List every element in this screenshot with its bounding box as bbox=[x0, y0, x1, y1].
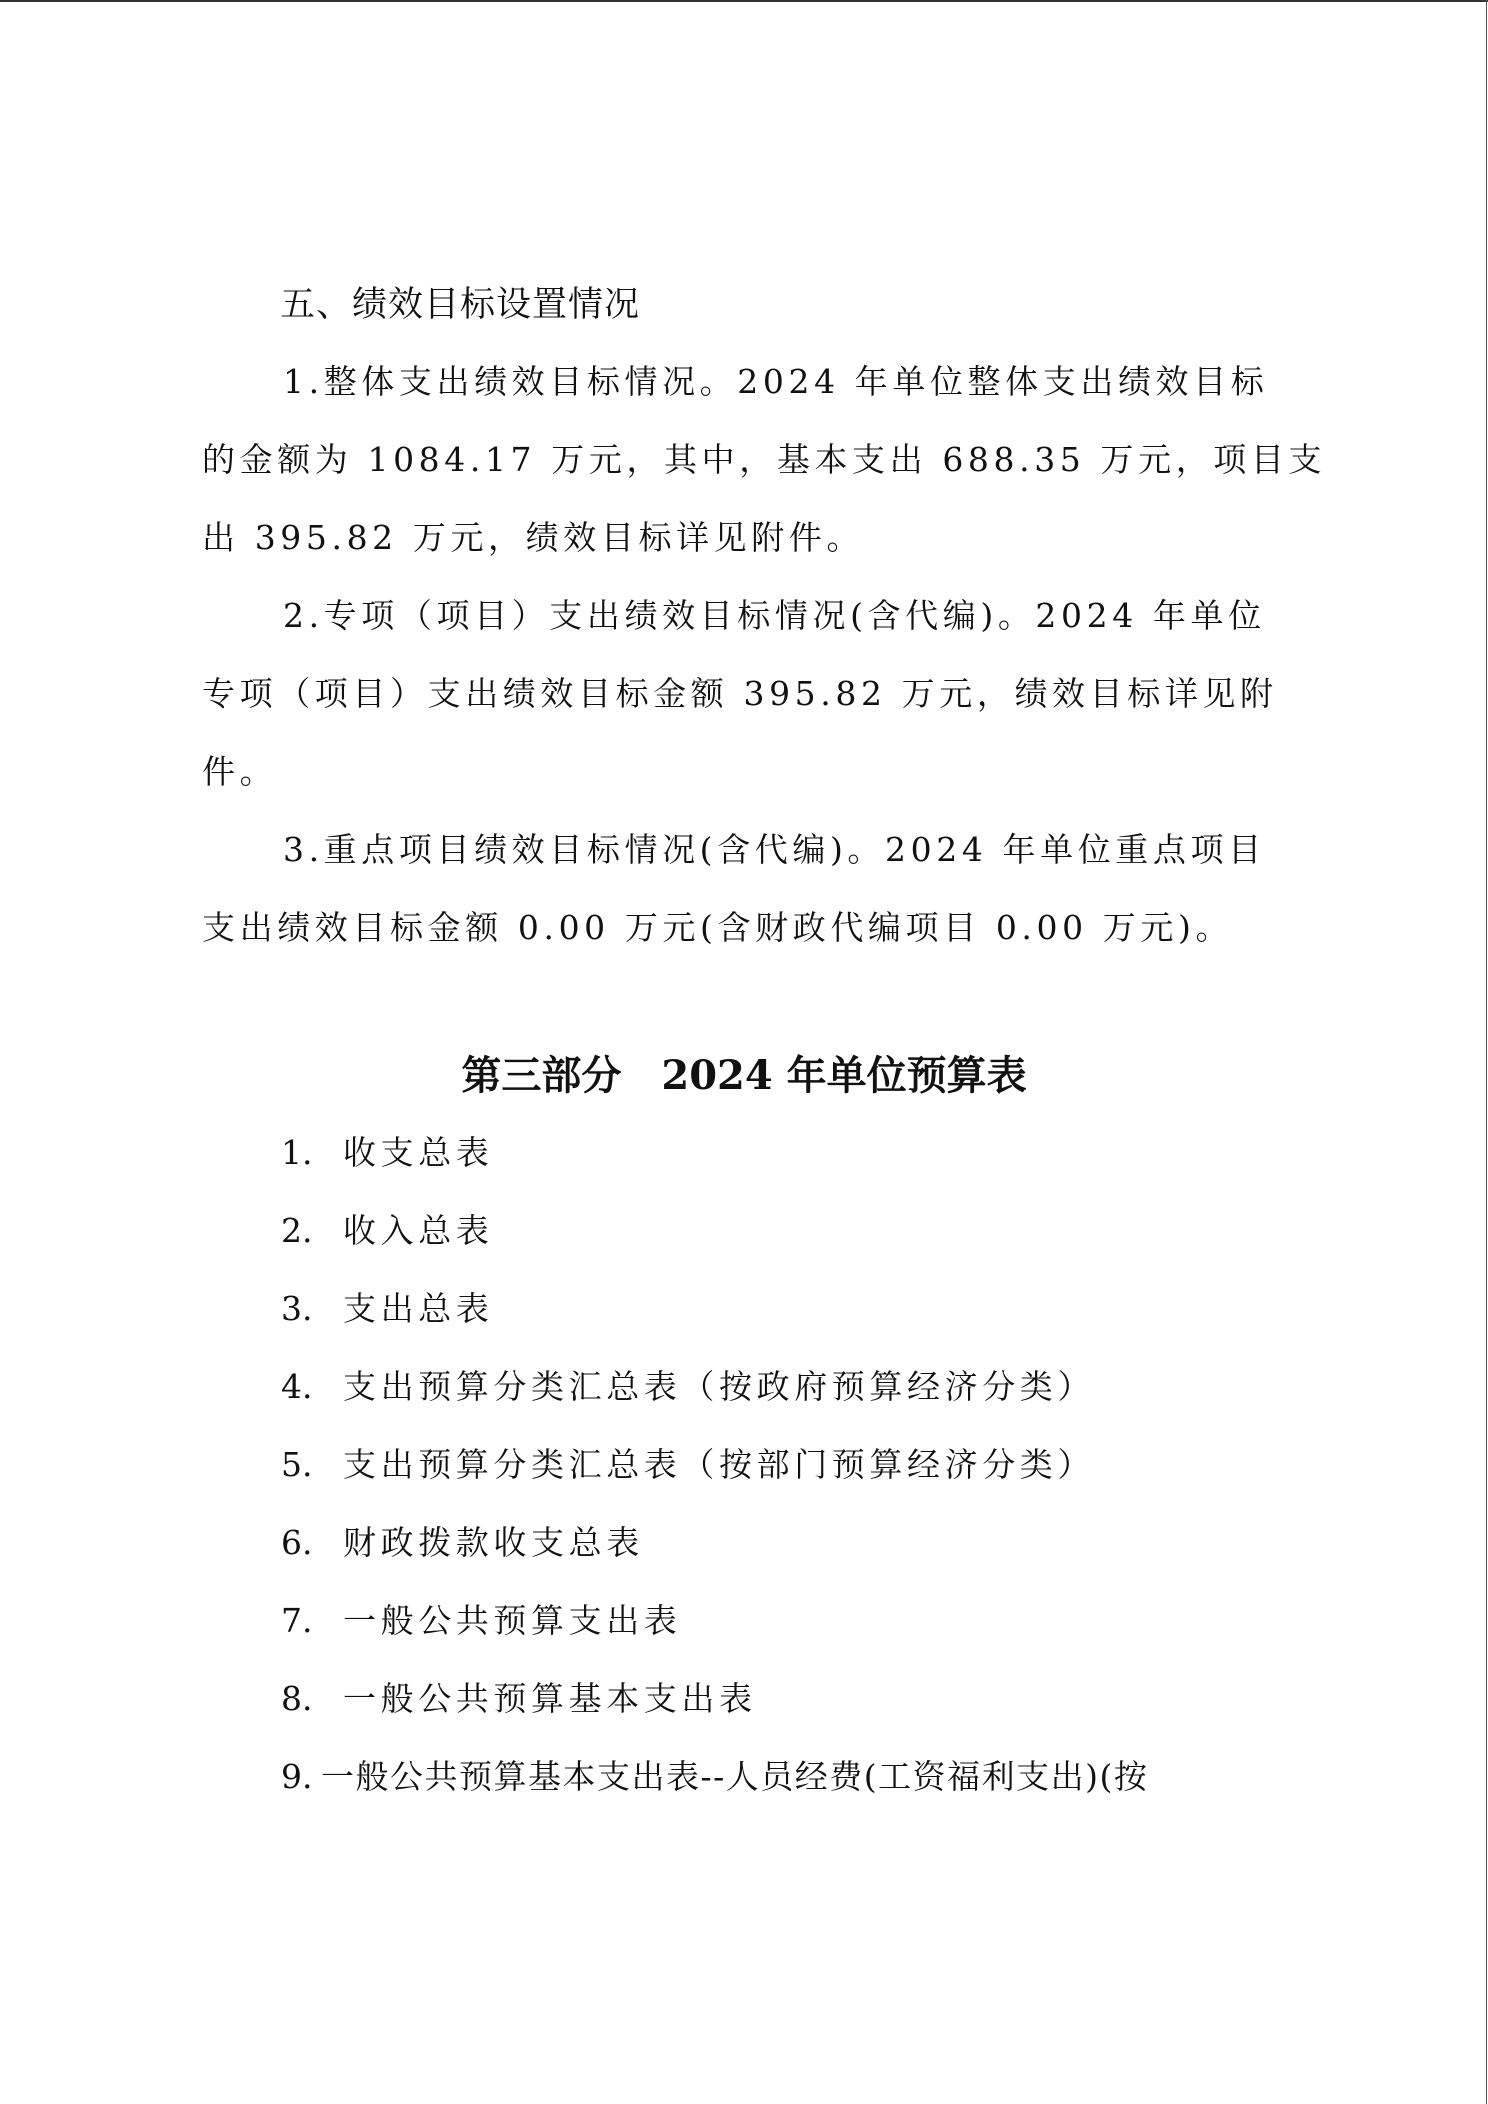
list-item-label: 支出预算分类汇总表（按政府预算经济分类） bbox=[343, 1367, 1095, 1406]
paragraph-line: 3.重点项目绩效目标情况(含代编)。2024 年单位重点项目 bbox=[283, 830, 1266, 870]
list-item-number: 9. bbox=[281, 1757, 321, 1797]
list-item-number: 7. bbox=[281, 1601, 343, 1641]
list-item-number: 1. bbox=[281, 1133, 343, 1173]
paragraph-line: 的金额为 1084.17 万元，其中，基本支出 688.35 万元，项目支 bbox=[202, 440, 1326, 480]
paragraph-line: 件。 bbox=[202, 752, 277, 792]
list-item: 5.支出预算分类汇总表（按部门预算经济分类） bbox=[281, 1445, 1095, 1485]
paragraph-line: 1.整体支出绩效目标情况。2024 年单位整体支出绩效目标 bbox=[283, 362, 1268, 402]
paragraph-line: 专项（项目）支出绩效目标金额 395.82 万元，绩效目标详见附 bbox=[202, 674, 1278, 714]
part-title-budget-tables: 第三部分 2024 年单位预算表 bbox=[0, 1050, 1488, 1102]
paragraph-line: 支出绩效目标金额 0.00 万元(含财政代编项目 0.00 万元)。 bbox=[202, 908, 1233, 948]
list-item-number: 8. bbox=[281, 1679, 343, 1719]
list-item-label: 支出总表 bbox=[343, 1289, 493, 1328]
page-top-border bbox=[0, 0, 1488, 2]
list-item-number: 2. bbox=[281, 1211, 343, 1251]
list-item-label: 一般公共预算基本支出表--人员经费(工资福利支出)(按 bbox=[321, 1757, 1148, 1796]
list-item-label: 支出预算分类汇总表（按部门预算经济分类） bbox=[343, 1445, 1095, 1484]
list-item-number: 5. bbox=[281, 1445, 343, 1485]
list-item-number: 6. bbox=[281, 1523, 343, 1563]
section-heading-performance-goals: 五、绩效目标设置情况 bbox=[280, 284, 640, 326]
list-item-label: 收入总表 bbox=[343, 1211, 493, 1250]
paragraph-line: 2.专项（项目）支出绩效目标情况(含代编)。2024 年单位 bbox=[283, 596, 1266, 636]
list-item: 9.一般公共预算基本支出表--人员经费(工资福利支出)(按 bbox=[281, 1757, 1148, 1797]
list-item-number: 4. bbox=[281, 1367, 343, 1407]
list-item: 6.财政拨款收支总表 bbox=[281, 1523, 644, 1563]
list-item: 3.支出总表 bbox=[281, 1289, 493, 1329]
list-item-label: 收支总表 bbox=[343, 1133, 493, 1172]
list-item-label: 一般公共预算支出表 bbox=[343, 1601, 681, 1640]
list-item: 2.收入总表 bbox=[281, 1211, 493, 1251]
list-item: 7.一般公共预算支出表 bbox=[281, 1601, 681, 1641]
list-item-number: 3. bbox=[281, 1289, 343, 1329]
list-item-label: 财政拨款收支总表 bbox=[343, 1523, 644, 1562]
list-item: 4.支出预算分类汇总表（按政府预算经济分类） bbox=[281, 1367, 1095, 1407]
paragraph-line: 出 395.82 万元，绩效目标详见附件。 bbox=[202, 518, 864, 558]
list-item-label: 一般公共预算基本支出表 bbox=[343, 1679, 757, 1718]
list-item: 8.一般公共预算基本支出表 bbox=[281, 1679, 757, 1719]
list-item: 1.收支总表 bbox=[281, 1133, 493, 1173]
